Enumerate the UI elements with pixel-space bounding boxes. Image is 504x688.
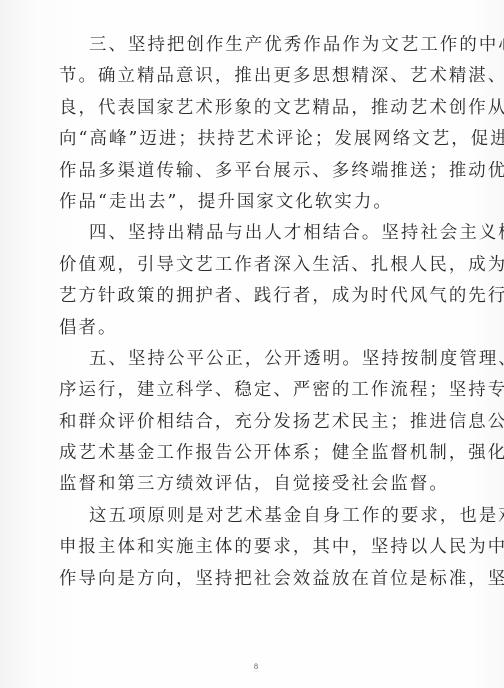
document-body: 三、坚持把创作生产优秀作品作为文艺工作的中心环 节。确立精品意识，推出更多思想精…: [59, 30, 457, 595]
document-page: 三、坚持把创作生产优秀作品作为文艺工作的中心环 节。确立精品意识，推出更多思想精…: [0, 0, 504, 688]
text-line: 序运行，建立科学、稳定、严密的工作流程；坚持专家评审: [59, 375, 457, 406]
text-line: 艺方针政策的拥护者、践行者，成为时代风气的先行者、先: [59, 281, 457, 312]
text-line: 三、坚持把创作生产优秀作品作为文艺工作的中心环: [59, 30, 457, 61]
paragraph-principle-3: 三、坚持把创作生产优秀作品作为文艺工作的中心环 节。确立精品意识，推出更多思想精…: [59, 30, 457, 218]
text-line: 四、坚持出精品与出人才相结合。坚持社会主义核心: [59, 218, 457, 249]
text-line: 申报主体和实施主体的要求，其中，坚持以人民为中心的创: [59, 532, 457, 563]
text-line: 成艺术基金工作报告公开体系；健全监督机制，强化第三方: [59, 438, 457, 469]
text-line: 五、坚持公平公正，公开透明。坚持按制度管理、按程: [59, 344, 457, 375]
text-line: 倡者。: [59, 313, 457, 344]
text-line: 良，代表国家艺术形象的文艺精品，推动艺术创作从“高原”: [59, 93, 457, 124]
text-line: 和群众评价相结合，充分发扬艺术民主；推进信息公开，形: [59, 407, 457, 438]
text-line: 作品多渠道传输、多平台展示、多终端推送；推动优秀文艺: [59, 156, 457, 187]
text-line: 作品“走出去”，提升国家文化软实力。: [59, 187, 457, 218]
page-number: 8: [250, 662, 262, 671]
text-line: 这五项原则是对艺术基金自身工作的要求，也是对项目: [59, 501, 457, 532]
text-line: 价值观，引导文艺工作者深入生活、扎根人民，成为党的文: [59, 250, 457, 281]
paragraph-summary: 这五项原则是对艺术基金自身工作的要求，也是对项目 申报主体和实施主体的要求，其中…: [59, 501, 457, 595]
text-line: 节。确立精品意识，推出更多思想精深、艺术精湛、制作精: [59, 61, 457, 92]
text-line: 监督和第三方绩效评估，自觉接受社会监督。: [59, 469, 457, 500]
paragraph-principle-4: 四、坚持出精品与出人才相结合。坚持社会主义核心 价值观，引导文艺工作者深入生活、…: [59, 218, 457, 344]
text-line: 作导向是方向，坚持把社会效益放在首位是标准，坚持把创: [59, 564, 457, 595]
text-line: 向“高峰”迈进；扶持艺术评论；发展网络文艺，促进优秀: [59, 124, 457, 155]
paragraph-principle-5: 五、坚持公平公正，公开透明。坚持按制度管理、按程 序运行，建立科学、稳定、严密的…: [59, 344, 457, 501]
